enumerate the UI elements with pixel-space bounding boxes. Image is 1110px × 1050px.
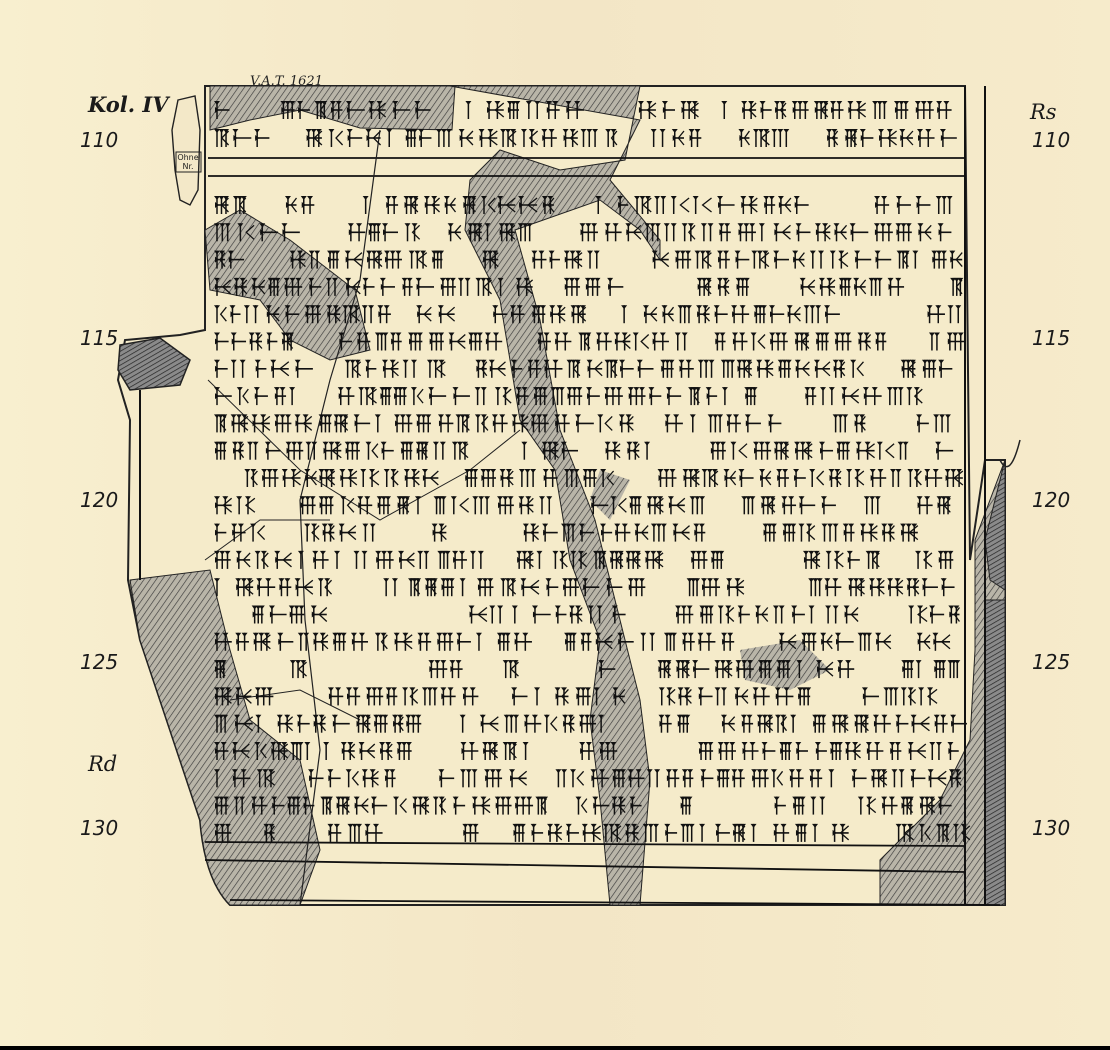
edge-label: Rd xyxy=(88,752,117,776)
right-line-number: 130 xyxy=(1032,816,1070,840)
right-line-number: 110 xyxy=(1032,128,1070,152)
right-line-number: 120 xyxy=(1032,488,1070,512)
header-note: V.A.T. 1621 xyxy=(250,74,323,89)
left-line-number: 130 xyxy=(80,816,118,840)
column-label: Kol. IV xyxy=(88,92,169,117)
left-line-number: 115 xyxy=(80,326,118,350)
left-line-number: 125 xyxy=(80,650,118,674)
damage-right-side xyxy=(985,600,1005,905)
tablet-drawing xyxy=(0,0,1110,1050)
left-line-number: 110 xyxy=(80,128,118,152)
right-line-number: 125 xyxy=(1032,650,1070,674)
bottom-border xyxy=(0,1046,1110,1050)
reverse-label: Rs xyxy=(1030,100,1057,124)
fragment-ohne-nr xyxy=(172,96,200,205)
left-line-number: 120 xyxy=(80,488,118,512)
right-line-number: 115 xyxy=(1032,326,1070,350)
fragment-label: Ohne Nr. xyxy=(177,153,199,171)
